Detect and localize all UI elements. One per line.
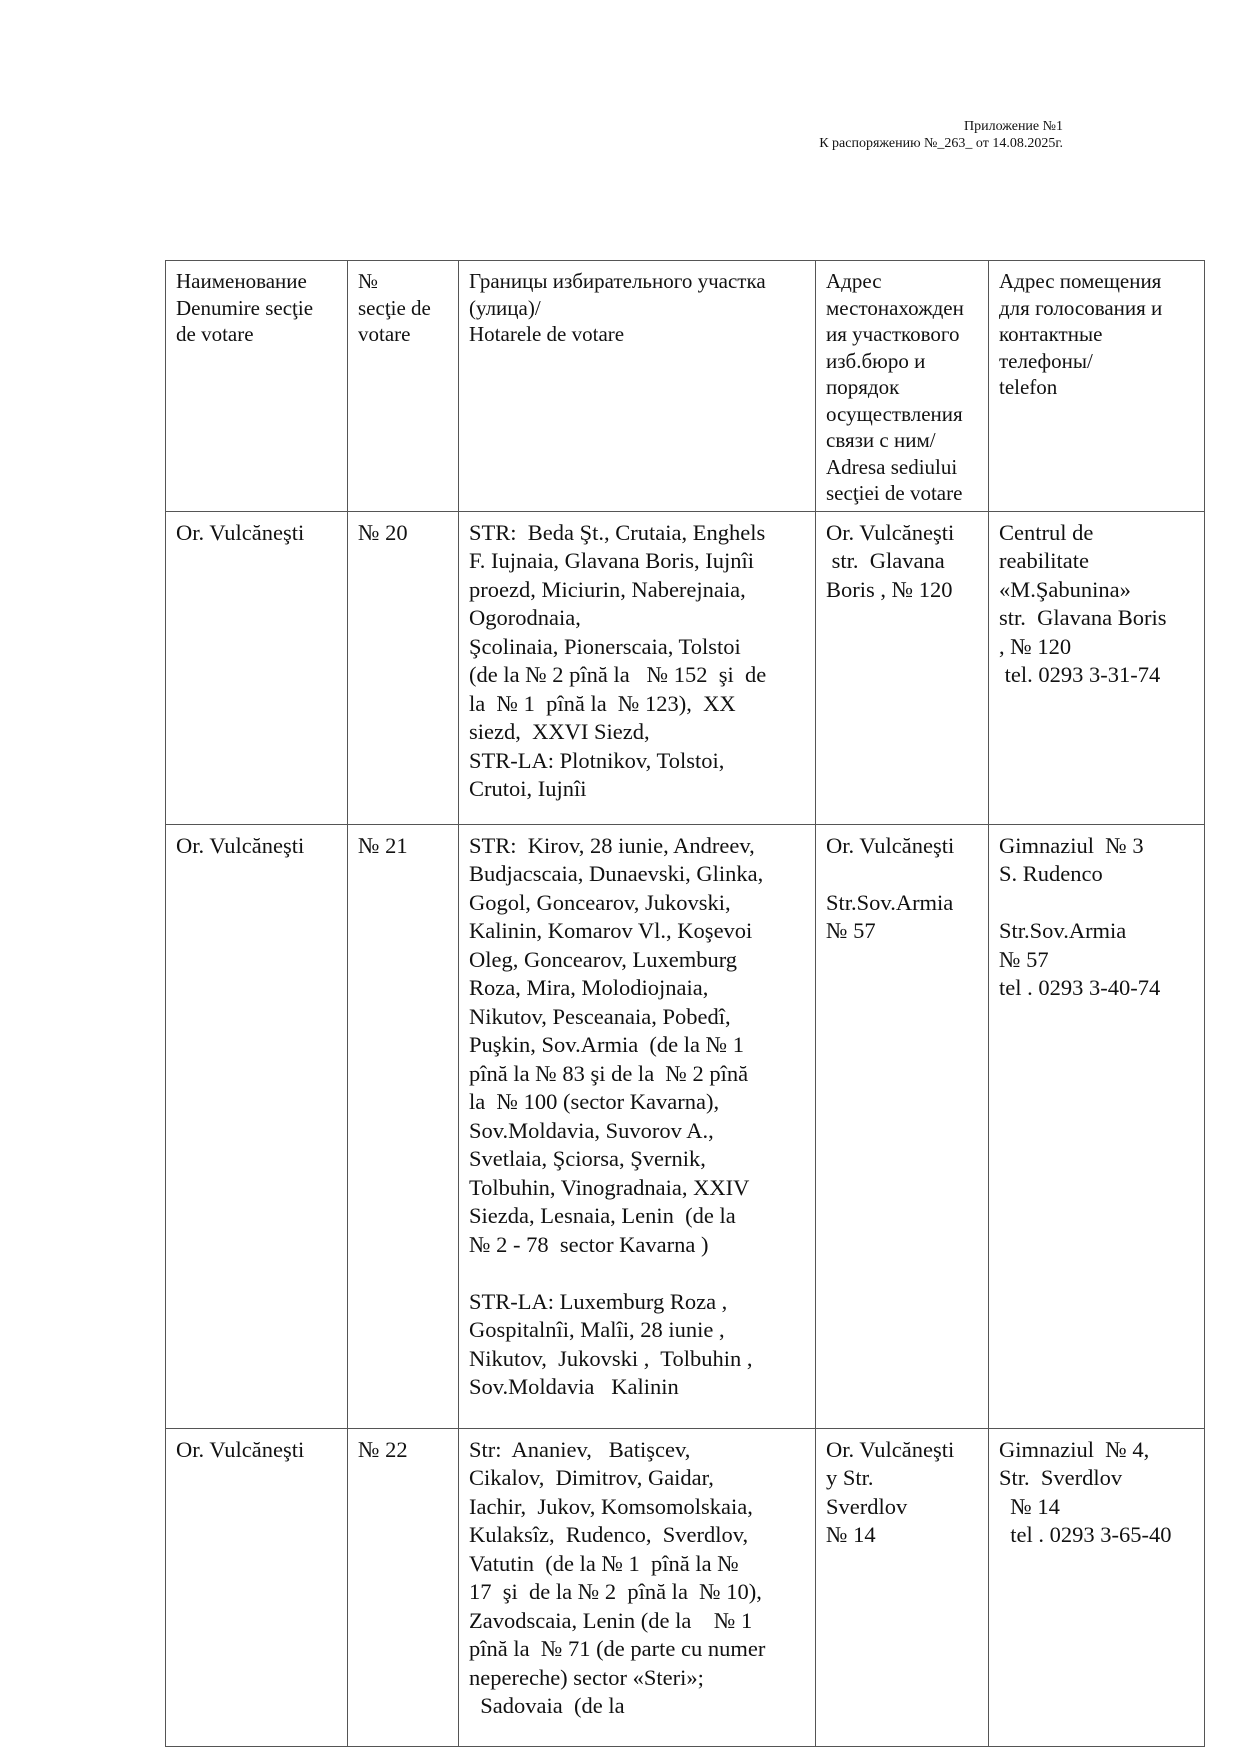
header-boundaries: Границы избирательного участка (улица)/ … bbox=[459, 261, 816, 512]
header-station-number: № secţie de votare bbox=[348, 261, 459, 512]
office-address: Or. Vulcăneşti Str.Sov.Armia № 57 bbox=[816, 824, 989, 1428]
polling-stations-table: Наименование Denumire secţie de votare №… bbox=[165, 260, 1205, 1747]
header-voting-address: Адрес помещения для голосования и контак… bbox=[989, 261, 1205, 512]
annex-title: Приложение №1 bbox=[819, 118, 1063, 135]
annex-order-reference: К распоряжению №_263_ от 14.08.2025г. bbox=[819, 135, 1063, 152]
office-address: Or. Vulcăneşti str. Glavana Boris , № 12… bbox=[816, 511, 989, 824]
station-number: № 20 bbox=[348, 511, 459, 824]
table-row: Or. Vulcăneşti № 21 STR: Kirov, 28 iunie… bbox=[166, 824, 1205, 1428]
table-row: Or. Vulcăneşti № 22 Str: Ananiev, Batişc… bbox=[166, 1428, 1205, 1746]
annex-reference: Приложение №1 К распоряжению №_263_ от 1… bbox=[819, 118, 1063, 152]
station-name: Or. Vulcăneşti bbox=[166, 511, 348, 824]
station-number: № 22 bbox=[348, 1428, 459, 1746]
header-office-address: Адрес местонахожден ия участкового изб.б… bbox=[816, 261, 989, 512]
voting-address: Centrul de reabilitate «M.Şabunina» str.… bbox=[989, 511, 1205, 824]
header-station-name: Наименование Denumire secţie de votare bbox=[166, 261, 348, 512]
station-name: Or. Vulcăneşti bbox=[166, 824, 348, 1428]
voting-address: Gimnaziul № 3 S. Rudenco Str.Sov.Armia №… bbox=[989, 824, 1205, 1428]
table-row: Or. Vulcăneşti № 20 STR: Beda Şt., Cruta… bbox=[166, 511, 1205, 824]
voting-address: Gimnaziul № 4, Str. Sverdlov № 14 tel . … bbox=[989, 1428, 1205, 1746]
station-name: Or. Vulcăneşti bbox=[166, 1428, 348, 1746]
station-boundaries: Str: Ananiev, Batişcev, Cikalov, Dimitro… bbox=[459, 1428, 816, 1746]
station-boundaries: STR: Beda Şt., Crutaia, Enghels F. Iujna… bbox=[459, 511, 816, 824]
office-address: Or. Vulcăneşti y Str. Sverdlov № 14 bbox=[816, 1428, 989, 1746]
table-header-row: Наименование Denumire secţie de votare №… bbox=[166, 261, 1205, 512]
station-boundaries: STR: Kirov, 28 iunie, Andreev, Budjacsca… bbox=[459, 824, 816, 1428]
station-number: № 21 bbox=[348, 824, 459, 1428]
